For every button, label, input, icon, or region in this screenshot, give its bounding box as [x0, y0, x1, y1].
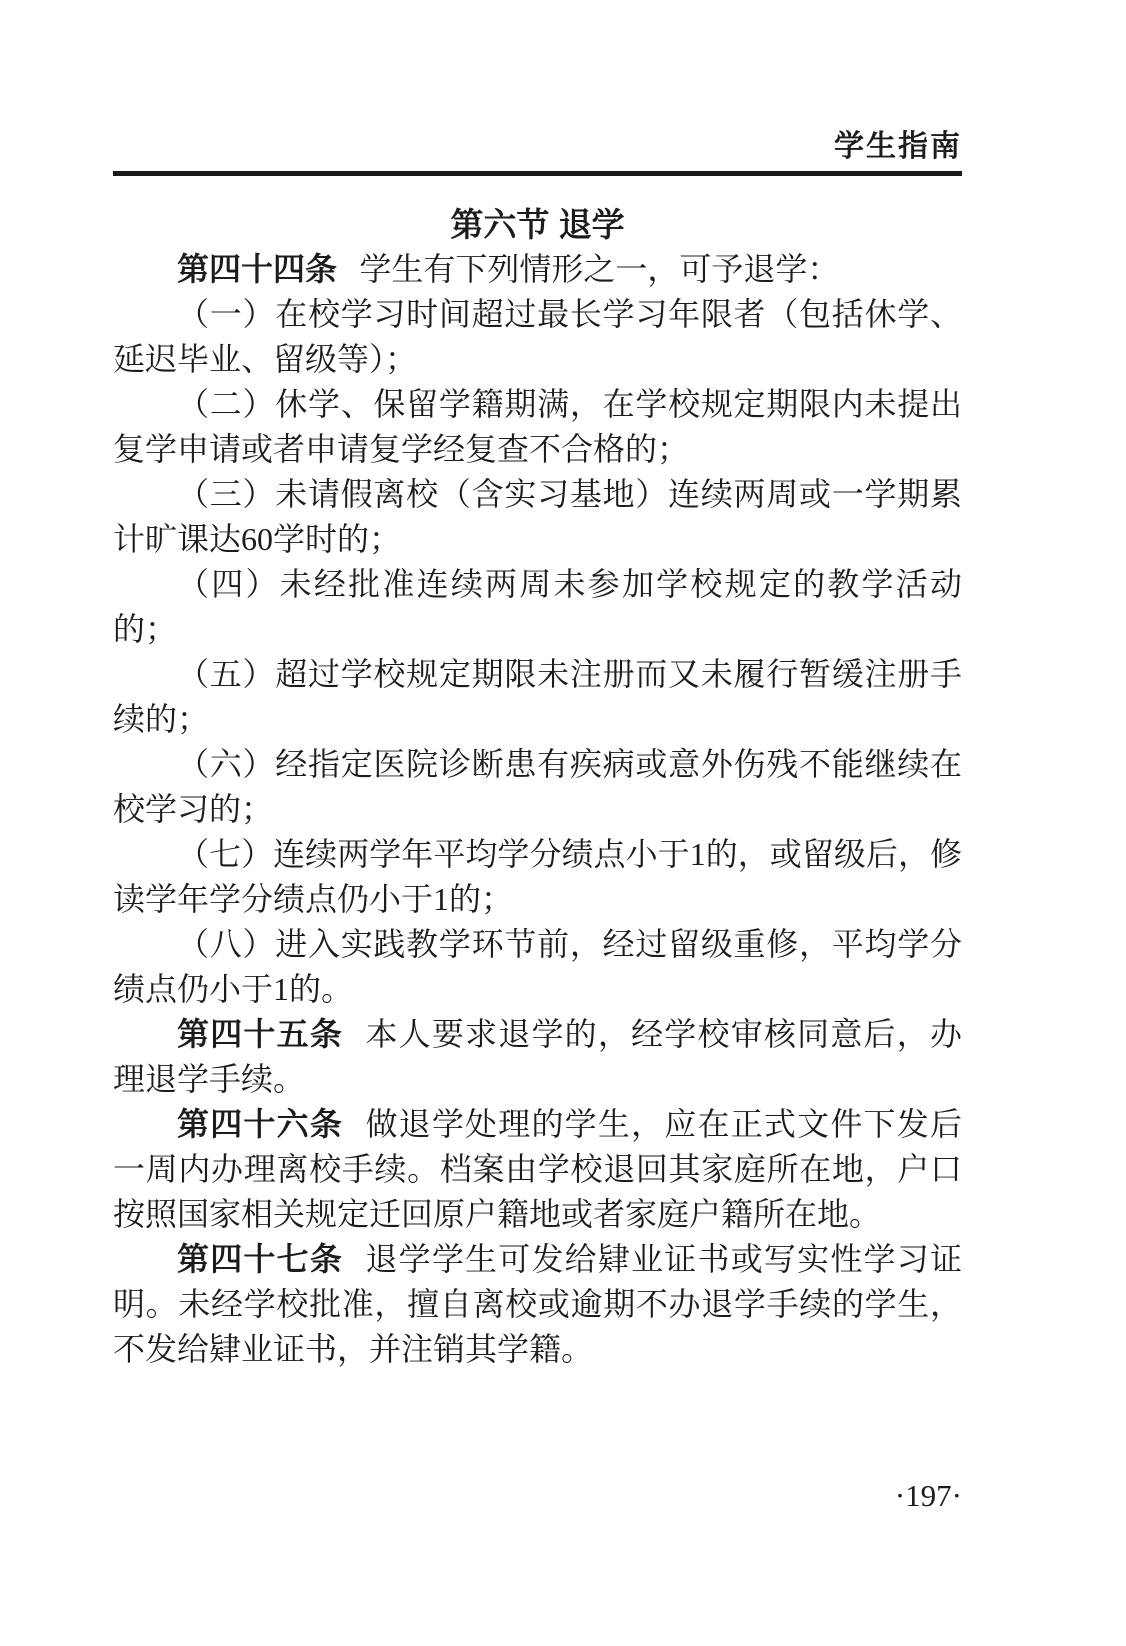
page-number: ·197·	[113, 1478, 962, 1514]
section-title: 第六节 退学	[113, 205, 962, 245]
article-number: 第四十五条	[177, 1016, 343, 1052]
article-number: 第四十七条	[177, 1241, 343, 1277]
paragraph: （八）进入实践教学环节前，经过留级重修，平均学分绩点仍小于1的。	[113, 922, 962, 1012]
header-rule	[113, 171, 962, 176]
paragraph: 第四十六条做退学处理的学生，应在正式文件下发后一周内办理离校手续。档案由学校退回…	[113, 1102, 962, 1237]
paragraph: （一）在校学习时间超过最长学习年限者（包括休学、延迟毕业、留级等）；	[113, 292, 962, 382]
paragraph: （五）超过学校规定期限未注册而又未履行暂缓注册手续的；	[113, 652, 962, 742]
paragraph: 第四十七条退学学生可发给肄业证书或写实性学习证明。未经学校批准，擅自离校或逾期不…	[113, 1237, 962, 1372]
running-header: 学生指南	[113, 130, 962, 164]
paragraph: 第四十四条学生有下列情形之一，可予退学：	[113, 247, 962, 292]
paragraph: （四）未经批准连续两周未参加学校规定的教学活动的；	[113, 562, 962, 652]
paragraph: （二）休学、保留学籍期满，在学校规定期限内未提出复学申请或者申请复学经复查不合格…	[113, 382, 962, 472]
page-content: 学生指南 第六节 退学 第四十四条学生有下列情形之一，可予退学：（一）在校学习时…	[113, 0, 962, 1372]
running-header-text: 学生指南	[834, 130, 962, 163]
article-number: 第四十四条	[177, 251, 337, 287]
document-body: 第四十四条学生有下列情形之一，可予退学：（一）在校学习时间超过最长学习年限者（包…	[113, 247, 962, 1372]
paragraph: （七）连续两学年平均学分绩点小于1的，或留级后，修读学年学分绩点仍小于1的；	[113, 832, 962, 922]
paragraph: （六）经指定医院诊断患有疾病或意外伤残不能继续在校学习的；	[113, 742, 962, 832]
article-number: 第四十六条	[177, 1106, 343, 1142]
document-page: 学生指南 第六节 退学 第四十四条学生有下列情形之一，可予退学：（一）在校学习时…	[0, 0, 1126, 1646]
paragraph: 第四十五条本人要求退学的，经学校审核同意后，办理退学手续。	[113, 1012, 962, 1102]
paragraph: （三）未请假离校（含实习基地）连续两周或一学期累计旷课达60学时的；	[113, 472, 962, 562]
